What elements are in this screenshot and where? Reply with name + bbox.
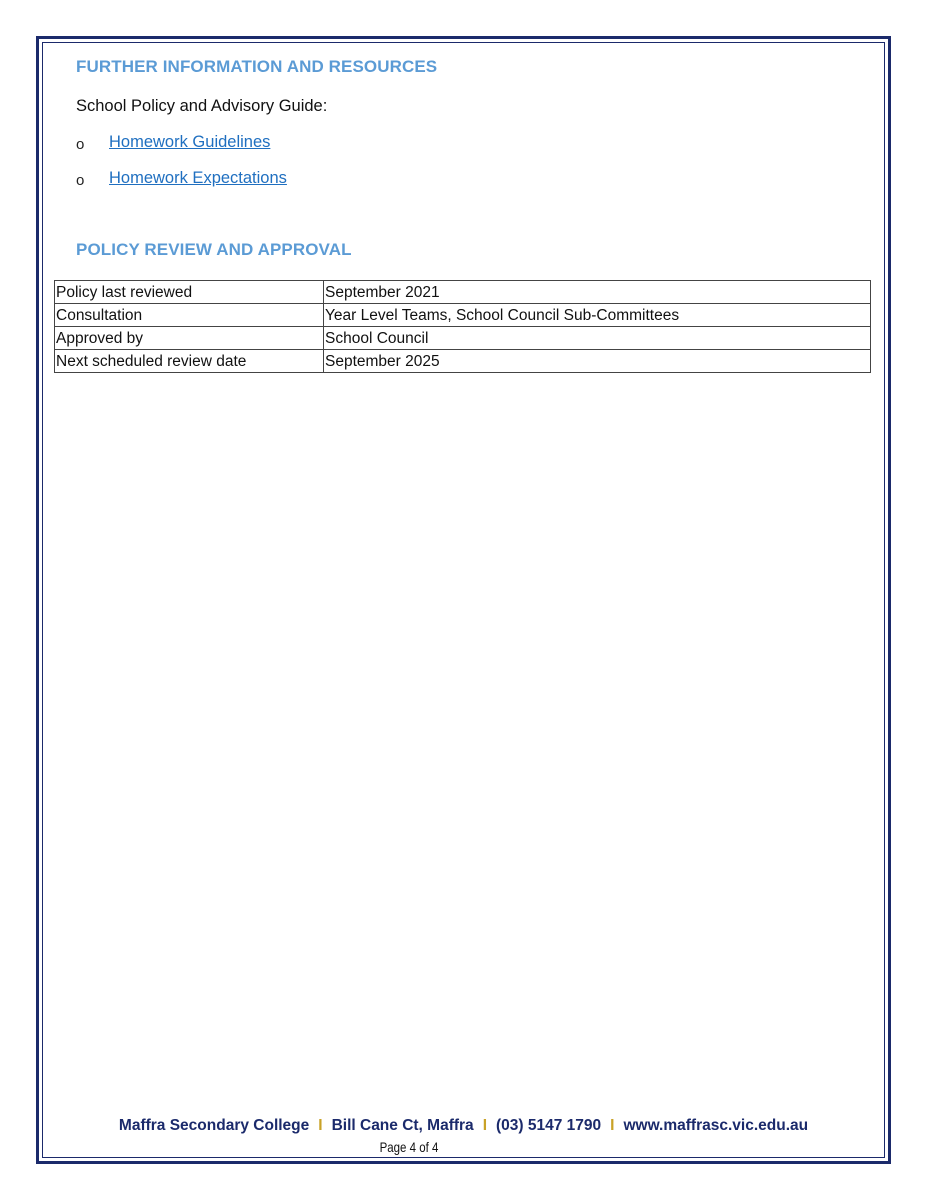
footer-separator: I — [483, 1117, 487, 1134]
bullet-icon: o — [76, 136, 84, 153]
row-label: Policy last reviewed — [55, 281, 324, 304]
bullet-icon: o — [76, 172, 84, 189]
row-label: Next scheduled review date — [55, 350, 324, 373]
row-value: September 2025 — [324, 350, 871, 373]
homework-expectations-link[interactable]: Homework Expectations — [109, 169, 287, 188]
footer-separator: I — [318, 1117, 322, 1134]
footer-website: www.maffrasc.vic.edu.au — [623, 1117, 808, 1134]
row-label: Approved by — [55, 327, 324, 350]
policy-guide-intro: School Policy and Advisory Guide: — [76, 97, 327, 116]
further-information-heading: FURTHER INFORMATION AND RESOURCES — [76, 57, 437, 77]
footer-school-name: Maffra Secondary College — [119, 1117, 309, 1134]
page-number: Page 4 of 4 — [74, 1139, 745, 1155]
homework-guidelines-link[interactable]: Homework Guidelines — [109, 133, 270, 152]
table-row: Next scheduled review date September 202… — [55, 350, 871, 373]
row-value: School Council — [324, 327, 871, 350]
page-border-inner — [42, 42, 885, 1158]
footer-address: Bill Cane Ct, Maffra — [332, 1117, 474, 1134]
footer-phone: (03) 5147 1790 — [496, 1117, 601, 1134]
table-row: Approved by School Council — [55, 327, 871, 350]
footer-contact-line: Maffra Secondary CollegeIBill Cane Ct, M… — [0, 1117, 927, 1135]
policy-review-table: Policy last reviewed September 2021 Cons… — [54, 280, 871, 373]
footer-separator: I — [610, 1117, 614, 1134]
row-value: September 2021 — [324, 281, 871, 304]
table-row: Consultation Year Level Teams, School Co… — [55, 304, 871, 327]
row-label: Consultation — [55, 304, 324, 327]
policy-review-heading: POLICY REVIEW AND APPROVAL — [76, 240, 352, 260]
row-value: Year Level Teams, School Council Sub-Com… — [324, 304, 871, 327]
table-row: Policy last reviewed September 2021 — [55, 281, 871, 304]
